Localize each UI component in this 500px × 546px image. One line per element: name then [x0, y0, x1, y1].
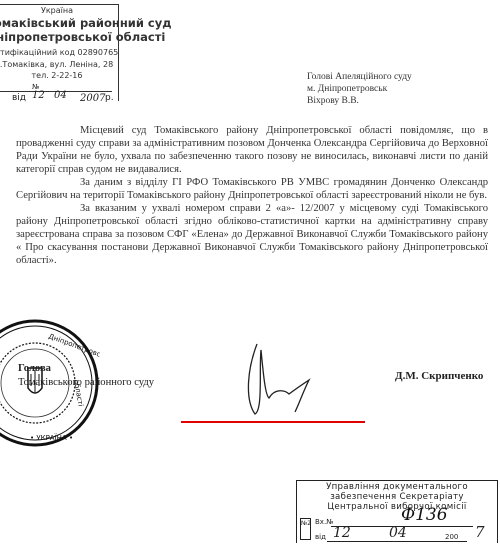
reg-year-prefix: 200	[445, 533, 458, 541]
reg-year-suffix: 7	[475, 523, 485, 541]
stamp-court-name-1: Томаківський районний суд	[0, 16, 118, 30]
stamp-address: смт.Томаківка, вул. Леніна, 28	[0, 60, 118, 69]
handwritten-signature-icon	[245, 340, 325, 420]
stamp-date-prefix: від	[12, 93, 26, 103]
stamp-phone: тел. 2-22-16	[0, 71, 118, 80]
signer-name: Д.М. Скрипченко	[395, 370, 483, 382]
stamp-date-year: 2007	[80, 93, 105, 104]
reg-stamp-line-3: Центральної виборчої комісії	[297, 502, 497, 512]
reg-date-label: від	[315, 533, 326, 541]
letter-body: Місцевий суд Томаківського району Дніпро…	[16, 124, 488, 267]
reg-date-month: 04	[389, 525, 407, 541]
red-divider-line	[181, 421, 365, 423]
body-paragraph-2: За даним з відділу ГІ РФО Томаківського …	[16, 176, 488, 202]
addressee-line-2: м. Дніпропетровськ	[307, 83, 412, 95]
body-paragraph-1: Місцевий суд Томаківського району Дніпро…	[16, 124, 488, 176]
reg-incoming-label: Вх.№	[315, 518, 333, 526]
reg-stamp-line-2: забезпечення Секретаріату	[297, 492, 497, 502]
reg-stamp-box: №2	[300, 518, 311, 540]
stamp-date-day: 12	[32, 90, 45, 101]
stamp-court-name-2: Дніпропетровської області	[0, 30, 118, 44]
signer-title: Голова Томаківського районного суду	[18, 362, 154, 390]
stamp-date-month: 04	[54, 90, 67, 101]
reg-date-day: 12	[333, 525, 351, 541]
body-paragraph-3: За вказаним у ухвалі номером справи 2 «а…	[16, 202, 488, 267]
svg-text:• УКРАЇНА •: • УКРАЇНА •	[30, 433, 73, 442]
stamp-country: Україна	[0, 6, 118, 15]
addressee-block: Голові Апеляційного суду м. Дніпропетров…	[307, 71, 412, 107]
signer-title-line-1: Голова	[18, 362, 154, 376]
stamp-official-code: Ідентифікаційний код 02890765	[0, 48, 118, 57]
signer-title-line-2: Томаківського районного суду	[18, 376, 154, 390]
court-header-stamp: Україна Томаківський районний суд Дніпро…	[0, 4, 119, 101]
reg-stamp-line-1: Управління документального	[297, 482, 497, 492]
reg-incoming-number: Ф136	[401, 505, 448, 525]
stamp-date-suffix: р.	[105, 93, 114, 103]
addressee-line-1: Голові Апеляційного суду	[307, 71, 412, 83]
registration-stamp: Управління документального забезпечення …	[296, 480, 498, 543]
reg-date-line	[327, 541, 467, 542]
addressee-line-3: Віхрову В.В.	[307, 95, 412, 107]
